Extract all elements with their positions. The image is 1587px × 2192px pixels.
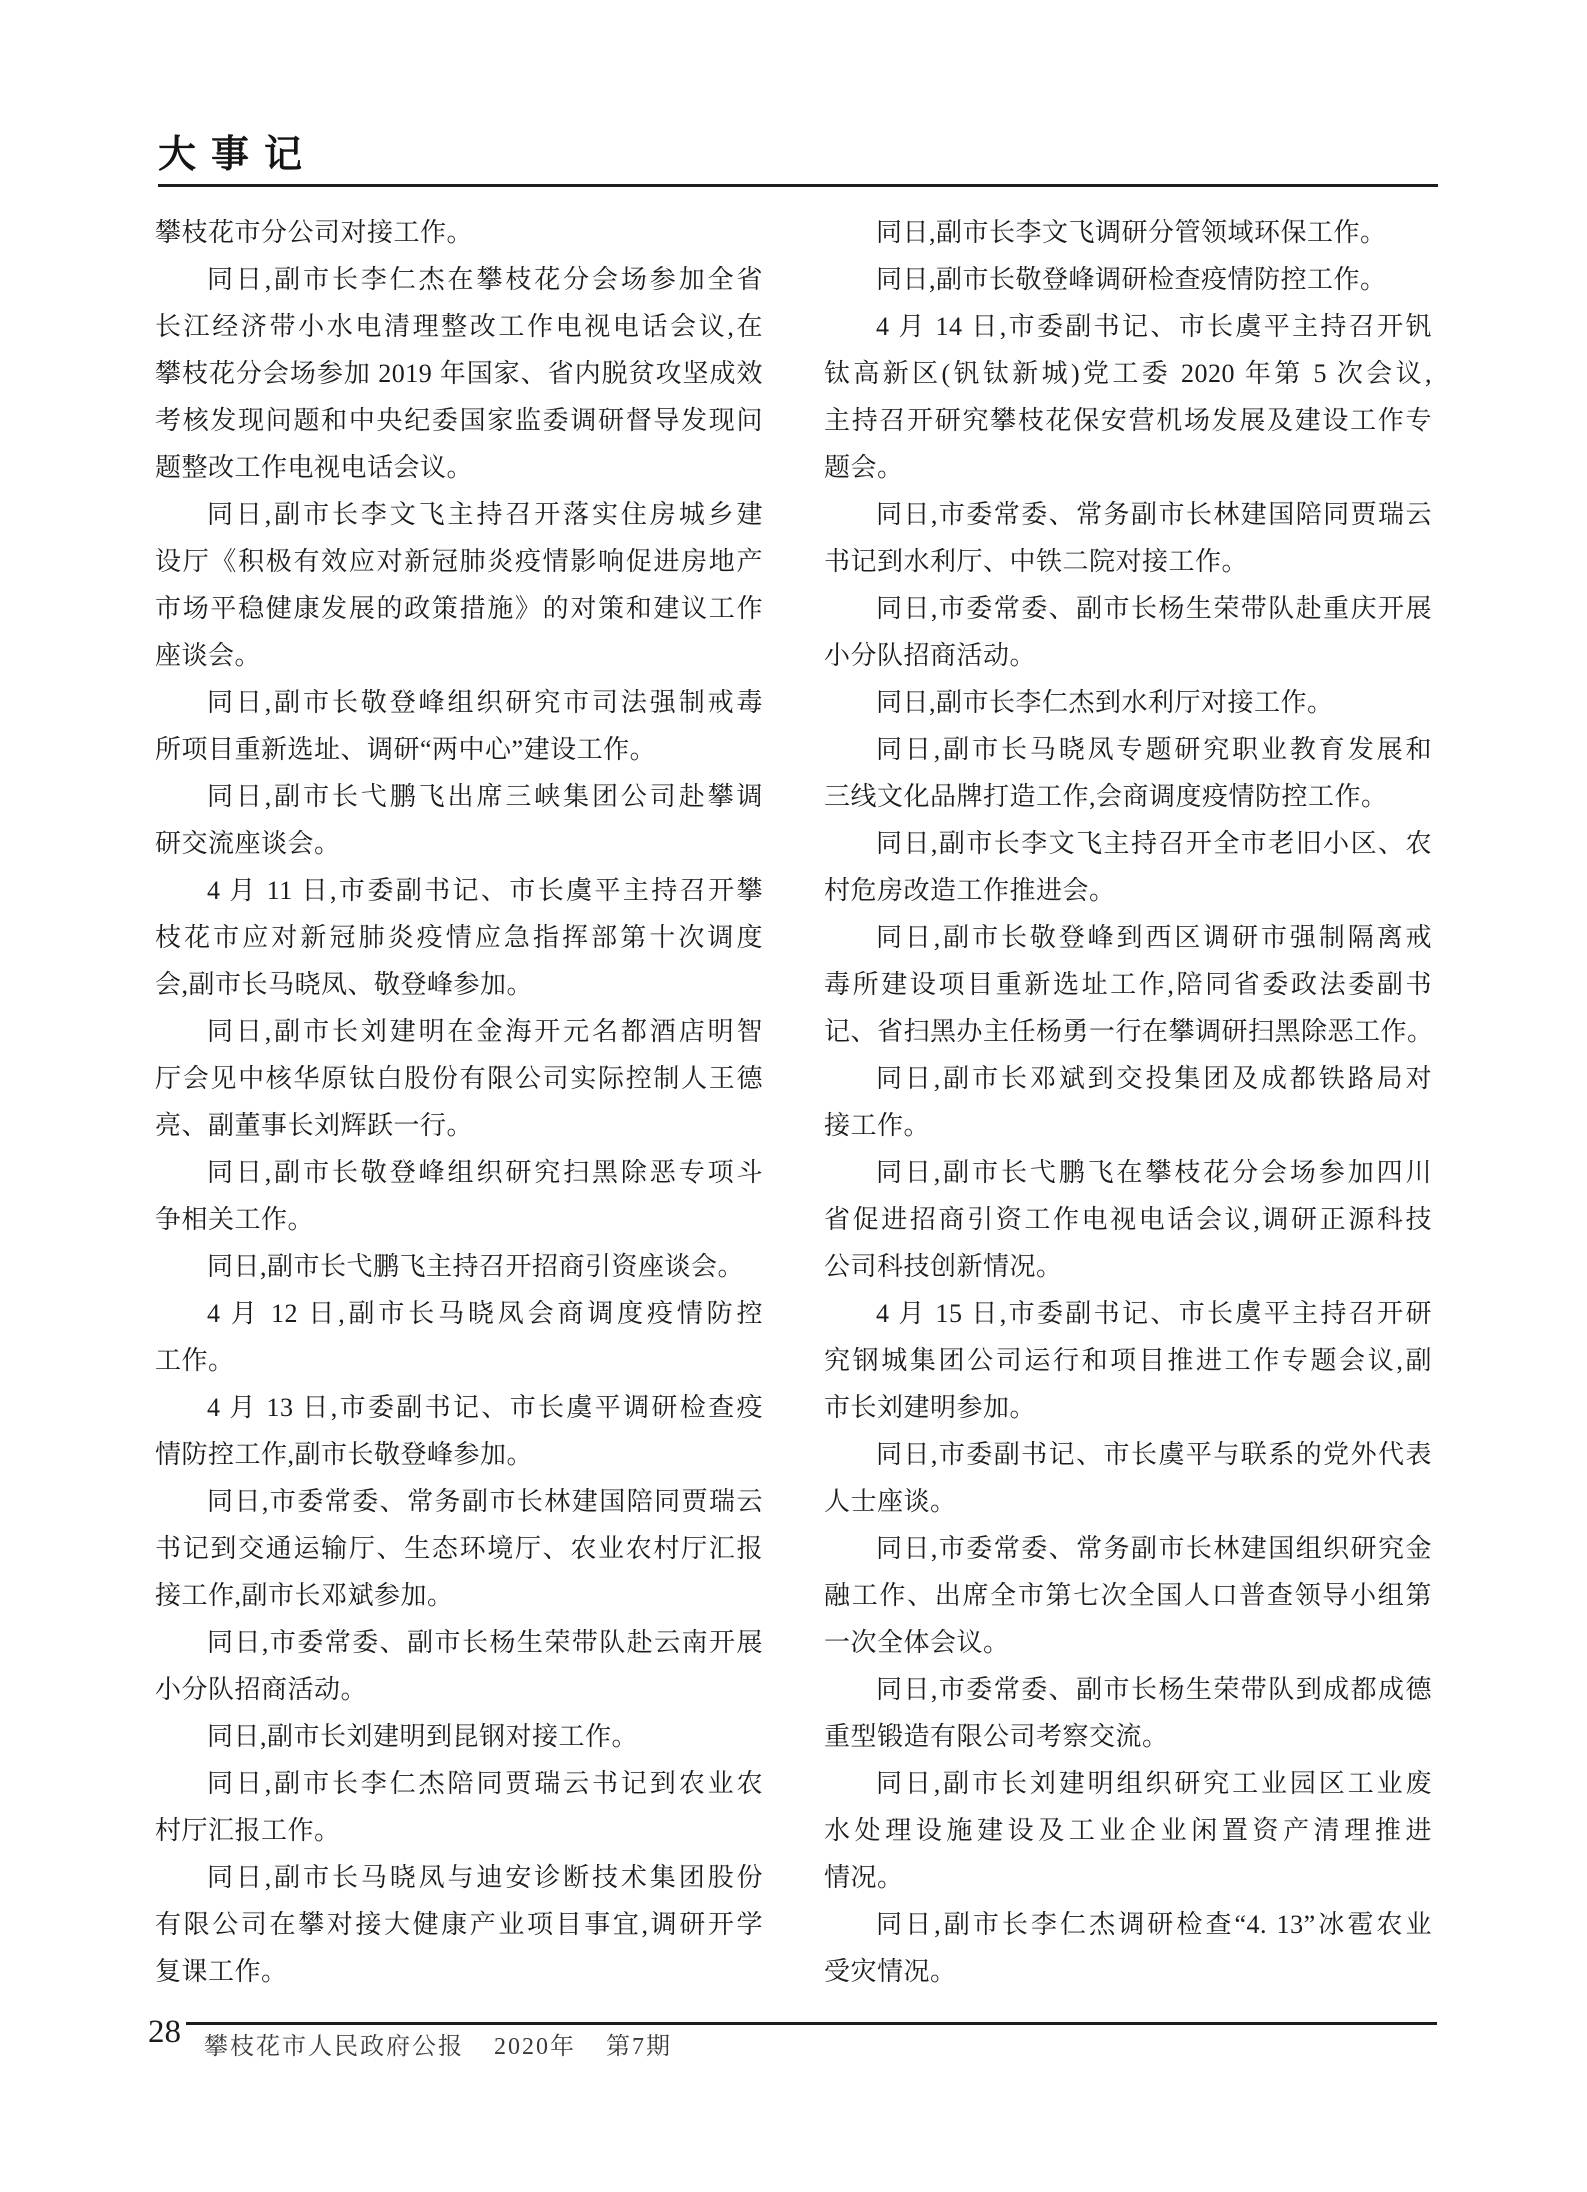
text-line: 情防控工作,副市长敬登峰参加。 (155, 1431, 763, 1478)
text-line: 钛高新区(钒钛新城)党工委 2020 年第 5 次会议, (824, 350, 1432, 397)
text-line: 人士座谈。 (824, 1478, 1432, 1525)
text-line: 同日,副市长敬登峰组织研究市司法强制戒毒 (155, 679, 763, 726)
text-line: 同日,市委常委、副市长杨生荣带队赴重庆开展 (824, 585, 1432, 632)
text-line: 同日,副市长刘建明到昆钢对接工作。 (155, 1713, 763, 1760)
text-line: 同日,副市长刘建明在金海开元名都酒店明智 (155, 1008, 763, 1055)
text-line: 同日,副市长李文飞调研分管领域环保工作。 (824, 209, 1432, 256)
text-line: 书记到交通运输厅、生态环境厅、农业农村厅汇报对 (155, 1525, 763, 1572)
text-line: 同日,副市长李仁杰陪同贾瑞云书记到农业农 (155, 1760, 763, 1807)
text-line: 重型锻造有限公司考察交流。 (824, 1713, 1432, 1760)
text-line: 一次全体会议。 (824, 1619, 1432, 1666)
text-line: 村危房改造工作推进会。 (824, 867, 1432, 914)
text-line: 三线文化品牌打造工作,会商调度疫情防控工作。 (824, 773, 1432, 820)
footer-rule (186, 2022, 1437, 2025)
page-number: 28 (148, 2012, 181, 2052)
text-column-right: 同日,副市长李文飞调研分管领域环保工作。 同日,副市长敬登峰调研检查疫情防控工作… (824, 209, 1432, 1995)
text-line: 同日,副市长李仁杰调研检查“4. 13”冰雹农业 (824, 1901, 1432, 1948)
text-line: 同日,副市长弋鹏飞出席三峡集团公司赴攀调 (155, 773, 763, 820)
text-line: 4 月 12 日,副市长马晓凤会商调度疫情防控 (155, 1290, 763, 1337)
text-line: 题整改工作电视电话会议。 (155, 444, 763, 491)
footer-journal-name: 攀枝花市人民政府公报 (204, 2034, 464, 2060)
text-line: 村厅汇报工作。 (155, 1807, 763, 1854)
text-line: 同日,市委常委、常务副市长林建国陪同贾瑞云 (155, 1478, 763, 1525)
text-line: 市长刘建明参加。 (824, 1384, 1432, 1431)
text-line: 攀枝花市分公司对接工作。 (155, 209, 763, 256)
text-line: 同日,副市长马晓凤与迪安诊断技术集团股份 (155, 1854, 763, 1901)
text-line: 同日,副市长弋鹏飞主持召开招商引资座谈会。 (155, 1243, 763, 1290)
text-line: 座谈会。 (155, 632, 763, 679)
footer-issue: 第7期 (606, 2034, 672, 2060)
page-title: 大事记 (158, 134, 317, 176)
text-line: 书记到水利厅、中铁二院对接工作。 (824, 538, 1432, 585)
text-line: 同日,副市长敬登峰组织研究扫黑除恶专项斗 (155, 1149, 763, 1196)
text-line: 水处理设施建设及工业企业闲置资产清理推进 (824, 1807, 1432, 1854)
text-line: 工作。 (155, 1337, 763, 1384)
text-line: 同日,副市长弋鹏飞在攀枝花分会场参加四川 (824, 1149, 1432, 1196)
text-line: 接工作,副市长邓斌参加。 (155, 1572, 763, 1619)
text-line: 同日,副市长李文飞主持召开全市老旧小区、农 (824, 820, 1432, 867)
text-line: 厅会见中核华原钛白股份有限公司实际控制人王德 (155, 1055, 763, 1102)
text-line: 同日,市委副书记、市长虞平与联系的党外代表 (824, 1431, 1432, 1478)
text-line: 究钢城集团公司运行和项目推进工作专题会议,副 (824, 1337, 1432, 1384)
footer-caption: 攀枝花市人民政府公报2020年第7期 (204, 2031, 672, 2063)
text-line: 题会。 (824, 444, 1432, 491)
text-line: 考核发现问题和中央纪委国家监委调研督导发现问 (155, 397, 763, 444)
text-line: 设厅《积极有效应对新冠肺炎疫情影响促进房地产 (155, 538, 763, 585)
header-rule (158, 184, 1438, 187)
text-line: 记、省扫黑办主任杨勇一行在攀调研扫黑除恶工作。 (824, 1008, 1432, 1055)
text-line: 同日,副市长李仁杰到水利厅对接工作。 (824, 679, 1432, 726)
text-line: 4 月 14 日,市委副书记、市长虞平主持召开钒 (824, 303, 1432, 350)
text-line: 主持召开研究攀枝花保安营机场发展及建设工作专 (824, 397, 1432, 444)
text-line: 受灾情况。 (824, 1948, 1432, 1995)
text-line: 同日,市委常委、常务副市长林建国陪同贾瑞云 (824, 491, 1432, 538)
text-line: 同日,副市长刘建明组织研究工业园区工业废 (824, 1760, 1432, 1807)
text-line: 争相关工作。 (155, 1196, 763, 1243)
text-line: 同日,副市长敬登峰到西区调研市强制隔离戒 (824, 914, 1432, 961)
text-line: 同日,副市长李文飞主持召开落实住房城乡建 (155, 491, 763, 538)
text-line: 所项目重新选址、调研“两中心”建设工作。 (155, 726, 763, 773)
text-line: 复课工作。 (155, 1948, 763, 1995)
text-line: 同日,市委常委、副市长杨生荣带队到成都成德 (824, 1666, 1432, 1713)
text-line: 4 月 15 日,市委副书记、市长虞平主持召开研 (824, 1290, 1432, 1337)
text-line: 市场平稳健康发展的政策措施》的对策和建议工作 (155, 585, 763, 632)
text-line: 小分队招商活动。 (155, 1666, 763, 1713)
text-line: 接工作。 (824, 1102, 1432, 1149)
text-line: 情况。 (824, 1854, 1432, 1901)
text-line: 同日,副市长敬登峰调研检查疫情防控工作。 (824, 256, 1432, 303)
text-line: 攀枝花分会场参加 2019 年国家、省内脱贫攻坚成效 (155, 350, 763, 397)
text-line: 4 月 13 日,市委副书记、市长虞平调研检查疫 (155, 1384, 763, 1431)
text-line: 有限公司在攀对接大健康产业项目事宜,调研开学 (155, 1901, 763, 1948)
text-line: 会,副市长马晓凤、敬登峰参加。 (155, 961, 763, 1008)
text-line: 4 月 11 日,市委副书记、市长虞平主持召开攀 (155, 867, 763, 914)
text-line: 毒所建设项目重新选址工作,陪同省委政法委副书 (824, 961, 1432, 1008)
text-line: 枝花市应对新冠肺炎疫情应急指挥部第十次调度 (155, 914, 763, 961)
text-line: 长江经济带小水电清理整改工作电视电话会议,在 (155, 303, 763, 350)
text-line: 公司科技创新情况。 (824, 1243, 1432, 1290)
text-line: 同日,副市长马晓凤专题研究职业教育发展和 (824, 726, 1432, 773)
text-line: 研交流座谈会。 (155, 820, 763, 867)
text-column-left: 攀枝花市分公司对接工作。 同日,副市长李仁杰在攀枝花分会场参加全省 长江经济带小… (155, 209, 763, 1995)
text-line: 小分队招商活动。 (824, 632, 1432, 679)
text-line: 同日,市委常委、副市长杨生荣带队赴云南开展 (155, 1619, 763, 1666)
text-line: 同日,市委常委、常务副市长林建国组织研究金 (824, 1525, 1432, 1572)
text-line: 省促进招商引资工作电视电话会议,调研正源科技 (824, 1196, 1432, 1243)
text-line: 亮、副董事长刘辉跃一行。 (155, 1102, 763, 1149)
text-line: 同日,副市长李仁杰在攀枝花分会场参加全省 (155, 256, 763, 303)
footer-year: 2020年 (494, 2034, 576, 2060)
text-line: 融工作、出席全市第七次全国人口普查领导小组第 (824, 1572, 1432, 1619)
text-line: 同日,副市长邓斌到交投集团及成都铁路局对 (824, 1055, 1432, 1102)
